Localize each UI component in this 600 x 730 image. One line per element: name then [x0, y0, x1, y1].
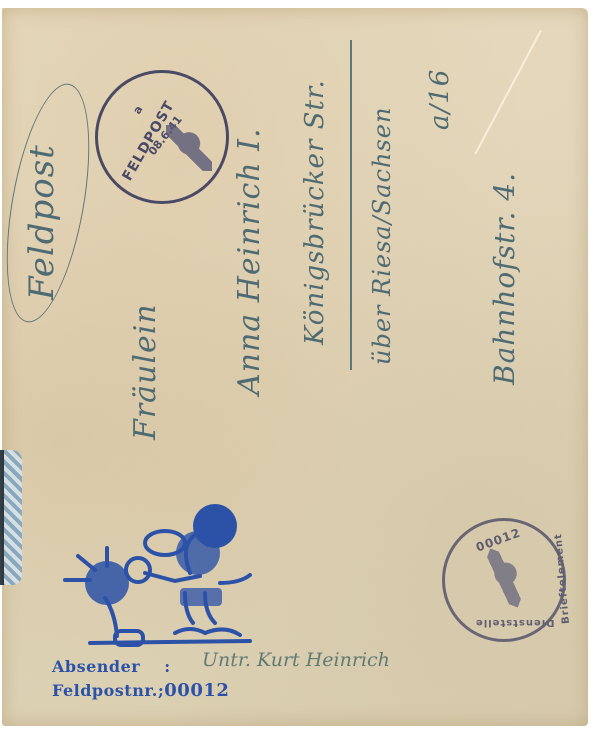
sender-signature: Untr. Kurt Heinrich	[202, 649, 390, 671]
recipient-zone: a/16	[425, 69, 455, 130]
eagle-icon	[475, 549, 534, 608]
salutation: Fräulein	[128, 303, 163, 440]
feldpost-row: Feldpostnr.;00012	[52, 679, 229, 703]
recipient-street: Bahnhofstr. 4.	[488, 172, 521, 385]
eagle-icon	[166, 125, 212, 171]
recipient-line-3: über Riesa/Sachsen	[368, 107, 396, 365]
sender-block: Absender : Feldpostnr.;00012 Untr. Kurt …	[52, 655, 229, 703]
sender-label: Absender	[52, 657, 140, 676]
sender-separator: :	[164, 657, 170, 676]
recipient-name: Anna Heinrich I.	[232, 127, 267, 395]
feldpost-number: 00012	[164, 680, 229, 701]
torn-envelope-flap	[0, 450, 22, 585]
postmark-code: a	[130, 103, 145, 117]
censor-stamp: 00012 Brieftelement Dienststelle	[442, 518, 566, 642]
address-underline	[350, 40, 352, 370]
censor-top-text: 00012	[474, 525, 523, 554]
feldpost-postmark: FELDPOST a 08.6.41	[95, 70, 229, 204]
censor-bottom-text: Dienststelle	[475, 617, 555, 628]
service-note: Feldpost	[22, 144, 62, 300]
recipient-line-2: Königsbrücker Str.	[300, 79, 330, 345]
mickey-mouse-cannon-icon	[60, 498, 260, 650]
feldpost-label: Feldpostnr.;	[52, 681, 164, 700]
